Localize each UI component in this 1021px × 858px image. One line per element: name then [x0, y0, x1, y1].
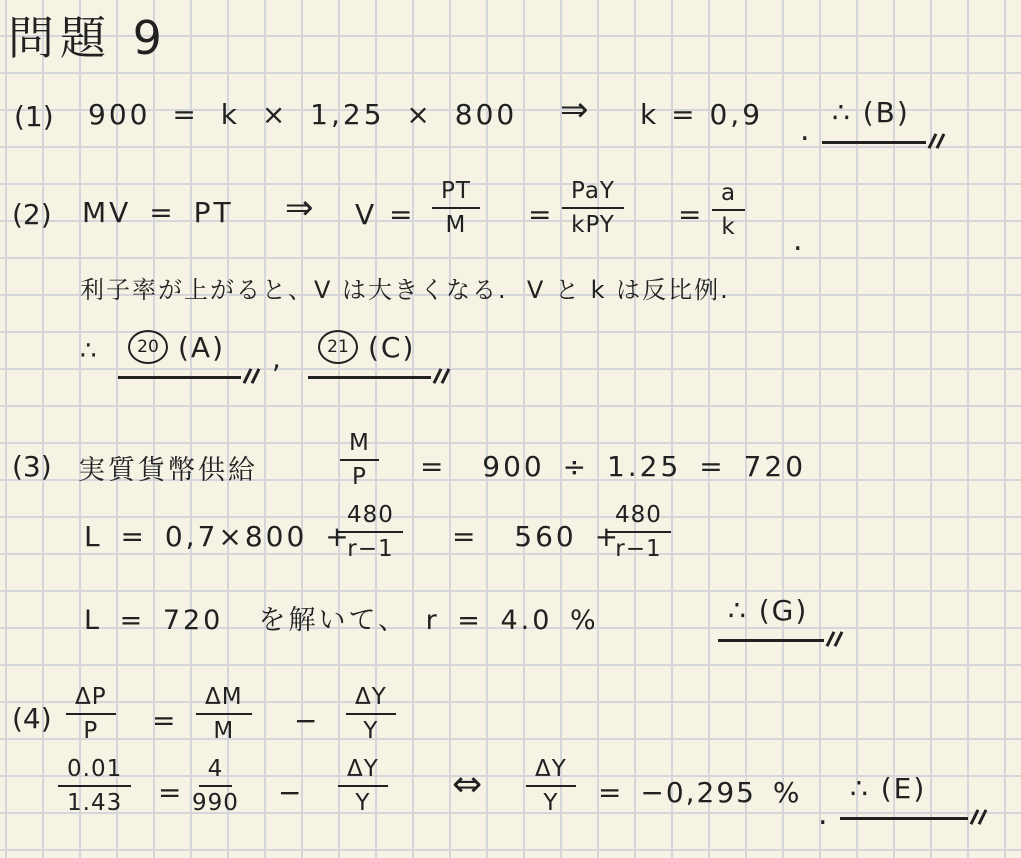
fraction-dp-p: ΔP P [66, 684, 116, 745]
therefore-sign: ∴ [80, 336, 97, 366]
ditto-mark-icon [824, 631, 844, 648]
fraction-dy-y: ΔY Y [346, 684, 396, 745]
fraction-pay-kpy: PaY kPY [562, 178, 624, 239]
ditto-mark-icon [926, 133, 946, 150]
period-mark: . [800, 116, 810, 146]
fraction-denominator: r−1 [347, 533, 393, 562]
equals-sign: = [528, 198, 551, 231]
problem3-answer: ∴ (G) [718, 592, 824, 642]
problem2-equation: MV = PT [82, 196, 234, 229]
problem1-answer: ∴ (B) [822, 94, 926, 144]
equals-sign: = [678, 198, 701, 231]
problem3-l-equation-mid: = 560 + [452, 520, 621, 553]
fraction-denominator: Y [363, 715, 378, 744]
fraction-m-p: M P [340, 430, 379, 491]
ditto-mark-icon [431, 368, 451, 385]
period-mark: . [793, 226, 803, 256]
fraction-pt-m: PT M [432, 178, 480, 239]
fraction-dy-y: ΔY Y [526, 756, 576, 817]
fraction-numerator: ΔM [196, 684, 252, 715]
answer-text: (A) [178, 331, 225, 364]
fraction-denominator: M [446, 209, 467, 238]
problem4-result: = −0,295 % [598, 776, 802, 809]
problem4-answer: ∴ (E) [840, 770, 968, 820]
fraction-denominator: M [213, 715, 234, 744]
answer-text: ∴ (G) [728, 594, 808, 627]
fraction-denominator: Y [355, 787, 370, 816]
answer-text: (C) [368, 331, 415, 364]
fraction-numerator: 0.01 [58, 756, 131, 787]
fraction-denominator: P [83, 715, 98, 744]
problem1-result: k = 0,9 [640, 98, 763, 131]
fraction-480-r1: 480 r−1 [338, 502, 403, 563]
problem1-label: (1) [14, 100, 54, 133]
answer-text: ∴ (E) [850, 772, 926, 805]
problem3-label: (3) [12, 450, 52, 483]
problem4-label: (4) [12, 702, 52, 735]
problem3-equation: = 900 ÷ 1.25 = 720 [420, 450, 806, 483]
fraction-denominator: Y [543, 787, 558, 816]
minus-sign: − [278, 776, 301, 809]
fraction-denominator: r−1 [615, 533, 661, 562]
fraction-4-990: 4 990 [192, 756, 239, 817]
problem2-note: 利子率が上がると、V は大きくなる. V と k は反比例. [80, 270, 730, 305]
problem3-l-equation: L = 0,7×800 + [84, 520, 352, 553]
minus-sign: − [294, 704, 317, 737]
fraction-denominator: k [721, 211, 735, 240]
problem2-answer-21: 21 (C) [308, 328, 431, 379]
fraction-dy-y: ΔY Y [338, 756, 388, 817]
fraction-numerator: PT [432, 178, 480, 209]
fraction-numerator: M [340, 430, 379, 461]
equals-sign: = [152, 704, 175, 737]
fraction-numerator: ΔY [346, 684, 396, 715]
fraction-480-r1: 480 r−1 [606, 502, 671, 563]
problem2-answer-20: 20 (A) [118, 328, 241, 379]
fraction-denominator: 1.43 [67, 787, 122, 816]
fraction-denominator: 990 [192, 787, 239, 816]
circled-number-21: 21 [318, 330, 358, 364]
fraction-numerator: 480 [338, 502, 403, 533]
fraction-a-k: a k [712, 180, 745, 241]
fraction-numerator: ΔY [526, 756, 576, 787]
fraction-dm-m: ΔM M [196, 684, 252, 745]
page-title: 問題 9 [8, 2, 168, 68]
fraction-001-143: 0.01 1.43 [58, 756, 131, 817]
implies-arrow-icon: ⇒ [560, 90, 589, 130]
period-mark: . [818, 800, 828, 830]
fraction-numerator: PaY [562, 178, 624, 209]
circled-number-20: 20 [128, 330, 168, 364]
fraction-denominator: P [352, 461, 367, 490]
grid-paper: 問題 9 (1) 900 = k × 1,25 × 800 ⇒ k = 0,9 … [0, 0, 1021, 858]
v-equals: V = [355, 198, 416, 231]
equals-sign: = [158, 776, 181, 809]
ditto-mark-icon [241, 368, 261, 385]
iff-arrow-icon: ⇔ [452, 764, 482, 805]
problem3-lead: 実質貨幣供給 [78, 448, 258, 487]
fraction-numerator: 4 [199, 756, 233, 787]
problem2-label: (2) [12, 198, 52, 231]
fraction-numerator: ΔY [338, 756, 388, 787]
fraction-numerator: 480 [606, 502, 671, 533]
fraction-denominator: kPY [571, 209, 615, 238]
fraction-numerator: ΔP [66, 684, 116, 715]
problem3-solve-line: L = 720 を解いて、 r = 4.0 % [84, 598, 599, 637]
ditto-mark-icon [968, 809, 988, 826]
problem1-equation: 900 = k × 1,25 × 800 [88, 98, 517, 131]
implies-arrow-icon: ⇒ [285, 188, 314, 228]
fraction-numerator: a [712, 180, 745, 211]
answer-text: ∴ (B) [832, 96, 910, 129]
comma-mark: , [272, 342, 281, 375]
